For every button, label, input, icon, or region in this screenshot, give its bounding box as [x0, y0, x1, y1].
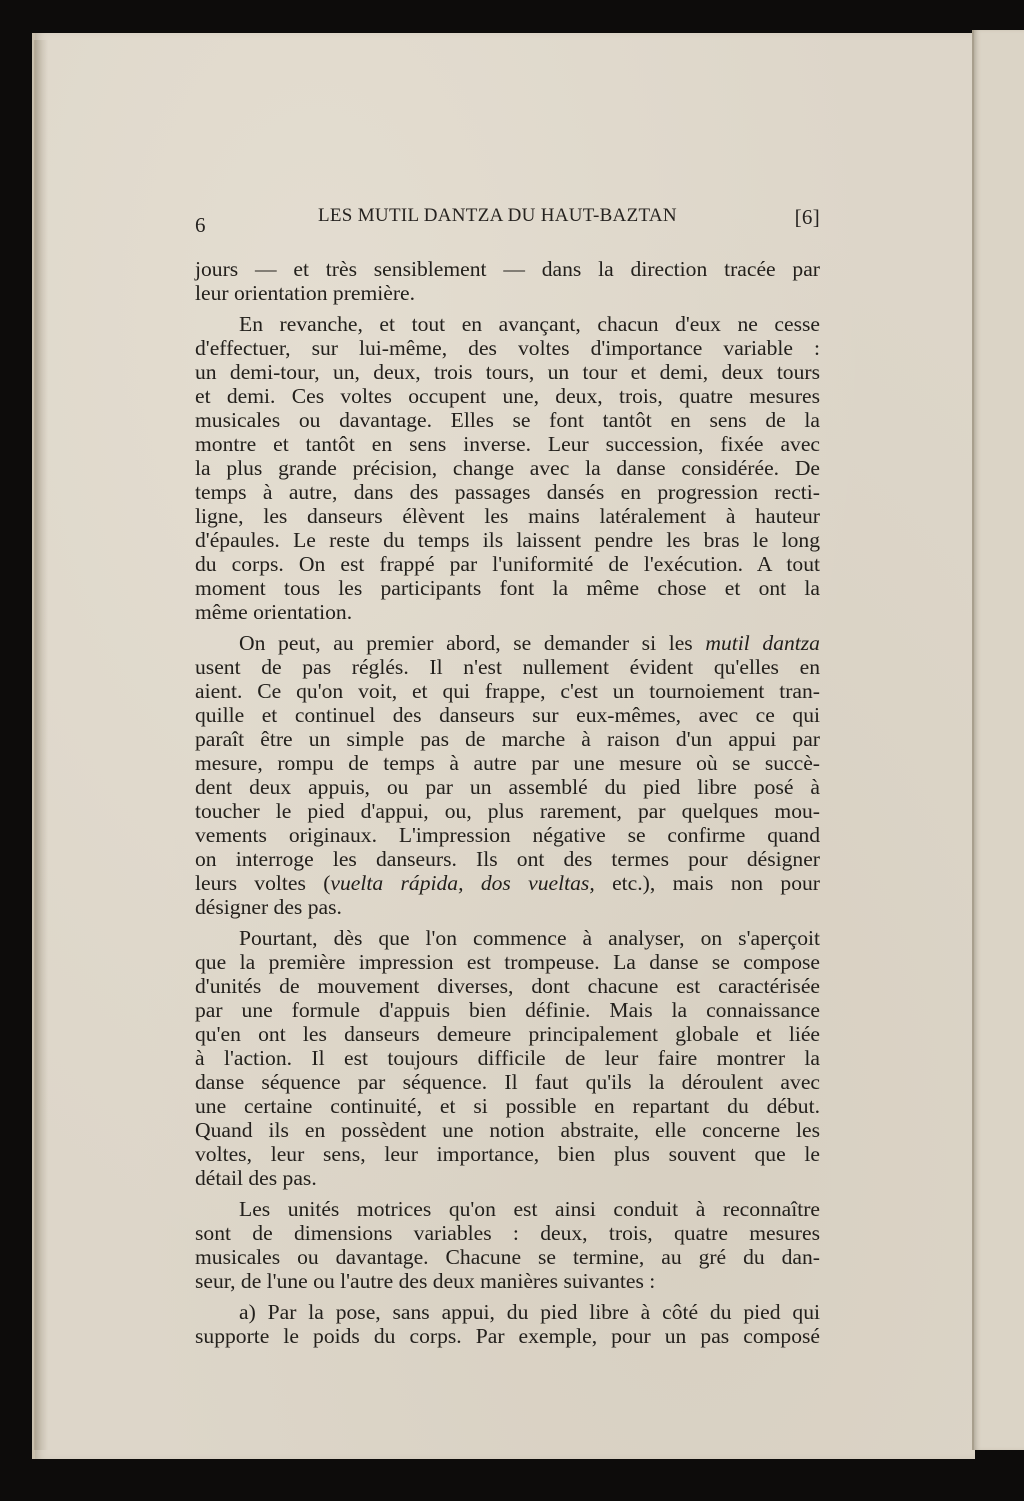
text-line: danse séquence par séquence. Il faut qu'… [195, 1070, 820, 1094]
text-line: moment tous les participants font la mêm… [195, 576, 820, 600]
page-edge-shadow [34, 40, 48, 1450]
text-line: sont de dimensions variables : deux, tro… [195, 1221, 820, 1245]
text-line: et demi. Ces voltes occupent une, deux, … [195, 384, 820, 408]
text-line: supporte le poids du corps. Par exemple,… [195, 1324, 820, 1348]
text-line: ligne, les danseurs élèvent les mains la… [195, 504, 820, 528]
text-line: à l'action. Il est toujours difficile de… [195, 1046, 820, 1070]
italic-term: vuelta rápida, dos vueltas, [330, 871, 594, 895]
text-line: vements originaux. L'impression négative… [195, 823, 820, 847]
text-line: qu'en ont les danseurs demeure principal… [195, 1022, 820, 1046]
text-line: par une formule d'appuis bien définie. M… [195, 998, 820, 1022]
book-page-right-edge [972, 30, 1024, 1450]
text-line: Les unités motrices qu'on est ainsi cond… [239, 1197, 820, 1221]
text-line: temps à autre, dans des passages dansés … [195, 480, 820, 504]
text-line: toucher le pied d'appui, ou, plus rareme… [195, 799, 820, 823]
text-line: leur orientation première. [195, 281, 820, 305]
bracket-page-number: [6] [795, 205, 820, 230]
text-line: paraît être un simple pas de marche à ra… [195, 727, 820, 751]
text-line: une certaine continuité, et si possible … [195, 1094, 820, 1118]
text-line: désigner des pas. [195, 895, 820, 919]
text-line: aient. Ce qu'on voit, et qui frappe, c'e… [195, 679, 820, 703]
text-line: détail des pas. [195, 1166, 820, 1190]
text-line: on interroge les danseurs. Ils ont des t… [195, 847, 820, 871]
text-line: En revanche, et tout en avançant, chacun… [239, 312, 820, 336]
text-line: un demi-tour, un, deux, trois tours, un … [195, 360, 820, 384]
text-line: usent de pas réglés. Il n'est nullement … [195, 655, 820, 679]
text-line: du corps. On est frappé par l'uniformité… [195, 552, 820, 576]
page-number: 6 [195, 213, 206, 238]
text-line: la plus grande précision, change avec la… [195, 456, 820, 480]
text-line: jours — et très sensiblement — dans la d… [195, 257, 820, 281]
text-line: seur, de l'une ou l'autre des deux maniè… [195, 1269, 820, 1293]
text-line: leurs voltes (vuelta rápida, dos vueltas… [195, 871, 820, 895]
italic-term: mutil dantza [705, 631, 820, 655]
text-line: montre et tantôt en sens inverse. Leur s… [195, 432, 820, 456]
text-line: dent deux appuis, ou par un assemblé du … [195, 775, 820, 799]
text-line: même orientation. [195, 600, 820, 624]
text-line: Pourtant, dès que l'on commence à analys… [239, 926, 820, 950]
text-line: voltes, leur sens, leur importance, bien… [195, 1142, 820, 1166]
text-line: Quand ils en possèdent une notion abstra… [195, 1118, 820, 1142]
text-line: musicales ou davantage. Chacune se termi… [195, 1245, 820, 1269]
text-line: a) Par la pose, sans appui, du pied libr… [239, 1300, 820, 1324]
text-line: On peut, au premier abord, se demander s… [239, 631, 820, 655]
running-title: LES MUTIL DANTZA DU HAUT-BAZTAN [318, 205, 677, 227]
text-line: musicales ou davantage. Elles se font ta… [195, 408, 820, 432]
text-line: d'effectuer, sur lui-même, des voltes d'… [195, 336, 820, 360]
text-line: que la première impression est trompeuse… [195, 950, 820, 974]
text-line: mesure, rompu de temps à autre par une m… [195, 751, 820, 775]
text-line: d'unités de mouvement diverses, dont cha… [195, 974, 820, 998]
text-line: d'épaules. Le reste du temps ils laissen… [195, 528, 820, 552]
text-line: quille et continuel des danseurs sur eux… [195, 703, 820, 727]
